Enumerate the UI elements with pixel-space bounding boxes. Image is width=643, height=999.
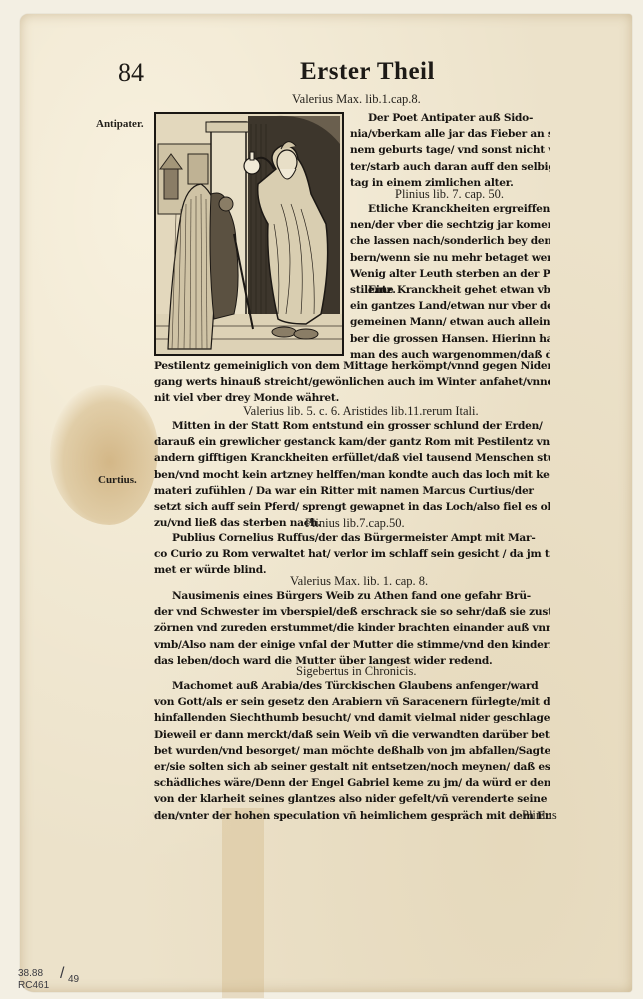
- text-line: co Curio zu Rom verwaltet hat/ verlor im…: [154, 546, 550, 562]
- woodcut-icon: [156, 114, 342, 354]
- paper-stain: [222, 808, 264, 998]
- text-line: materi zufühlen / Da war ein Ritter mit …: [154, 483, 550, 499]
- running-head: Erster Theil: [300, 58, 435, 86]
- text-antipater: Der Poet Antipater auß Sido- nia/vberkam…: [350, 110, 550, 191]
- text-line: nen/der vber die sechtzig jar komen/ etl…: [350, 217, 550, 233]
- margin-note-antipater: Antipater.: [96, 118, 144, 130]
- text-line: der vnd Schwester im vberspiel/deß ersch…: [154, 604, 550, 620]
- text-line: andern gifftigen Kranckheiten erfüllet/d…: [154, 450, 550, 466]
- text-line: Publius Cornelius Ruffus/der das Bürgerm…: [154, 530, 550, 546]
- catchword: Plinius: [522, 808, 557, 823]
- text-line: Machomet auß Arabia/des Türckischen Glau…: [154, 678, 550, 694]
- text-line: ben/vnd mocht kein artzney helffen/man k…: [154, 467, 550, 483]
- text-ruffus: Publius Cornelius Ruffus/der das Bürgerm…: [154, 530, 550, 579]
- text-line: Eine Kranckheit gehet etwan vber: [350, 282, 550, 298]
- source-rubric: Valerius Max. lib.1.cap.8.: [292, 92, 421, 107]
- text-line: setzt sich auff sein Pferd/ sprengt gewa…: [154, 499, 550, 515]
- stamp-slash: /: [60, 968, 64, 980]
- text-line: Etliche Kranckheiten ergreiffen kei-: [350, 201, 550, 217]
- text-line: darauß ein grewlicher gestanck kam/der g…: [154, 434, 550, 450]
- item-number: 49: [68, 974, 79, 986]
- collection-stamp: 38.88 RC461 / 49: [18, 968, 49, 992]
- source-rubric: Sigebertus in Chronicis.: [296, 664, 416, 679]
- text-nausimenis: Nausimenis eines Bürgers Weib zu Athen f…: [154, 588, 550, 669]
- woodcut-illustration: [154, 112, 344, 356]
- source-rubric: Valerius lib. 5. c. 6. Aristides lib.11.…: [243, 404, 479, 419]
- source-rubric: Plinius lib. 7. cap. 50.: [395, 187, 504, 202]
- text-line: Wenig alter Leuth sterben an der Pe-: [350, 266, 550, 282]
- call-number: RC461: [18, 980, 49, 992]
- accession-number: 38.88: [18, 968, 49, 980]
- text-line: von der klarheit seines glantzes also ni…: [154, 791, 550, 807]
- text-line: Mitten in der Statt Rom entstund ein gro…: [154, 418, 550, 434]
- text-line: Pestilentz gemeiniglich von dem Mittage …: [154, 358, 550, 374]
- text-machomet: Machomet auß Arabia/des Türckischen Glau…: [154, 678, 550, 824]
- text-pestilence: Eine Kranckheit gehet etwan vber ein gan…: [350, 282, 550, 363]
- text-line: gang werts hinauß streicht/gewönlichen a…: [154, 374, 550, 390]
- text-line: von Gott/als er sein gesetz den Arabiern…: [154, 694, 550, 710]
- text-line: gemeinen Mann/ etwan auch allein v-: [350, 314, 550, 330]
- text-line: schädliches wäre/Denn der Engel Gabriel …: [154, 775, 550, 791]
- text-line: bern/wenn sie nu mehr betaget werden.: [350, 250, 550, 266]
- text-line: ber die grossen Hansen. Hierinn hat: [350, 331, 550, 347]
- text-pestilence-continued: Pestilentz gemeiniglich von dem Mittage …: [154, 358, 550, 407]
- source-rubric: Valerius Max. lib. 1. cap. 8.: [290, 574, 428, 589]
- text-line: che lassen nach/sonderlich bey den Wei-: [350, 233, 550, 249]
- water-stain: [50, 385, 158, 525]
- text-line: nem geburts tage/ vnd sonst nicht wei-: [350, 142, 550, 158]
- text-line: bet wurden/vnd besorget/ man möchte deßh…: [154, 743, 550, 759]
- text-line: den/vnter der hohen speculation vñ heiml…: [154, 808, 550, 824]
- text-line: Der Poet Antipater auß Sido-: [350, 110, 550, 126]
- text-line: Nausimenis eines Bürgers Weib zu Athen f…: [154, 588, 550, 604]
- text-line: vmb/Also nam der einige vnfal der Mutter…: [154, 637, 550, 653]
- margin-note-curtius: Curtius.: [98, 474, 137, 486]
- text-line: Dieweil er dann merckt/daß sein Weib vñ …: [154, 727, 550, 743]
- text-line: hinfallenden Siechthumb besucht/ vnd dam…: [154, 710, 550, 726]
- source-rubric: Plinius lib.7.cap.50.: [305, 516, 405, 531]
- text-line: er/sie solten sich ab seiner gestalt nit…: [154, 759, 550, 775]
- text-curtius: Mitten in der Statt Rom entstund ein gro…: [154, 418, 550, 531]
- text-line: nia/vberkam alle jar das Fieber an sei-: [350, 126, 550, 142]
- text-line: zörnen vnd zureden erstummet/die kinder …: [154, 620, 550, 636]
- text-line: ter/starb auch daran auff den selbigen: [350, 159, 550, 175]
- text-line: ein gantzes Land/etwan nur vber den: [350, 298, 550, 314]
- page-number: 84: [118, 58, 144, 88]
